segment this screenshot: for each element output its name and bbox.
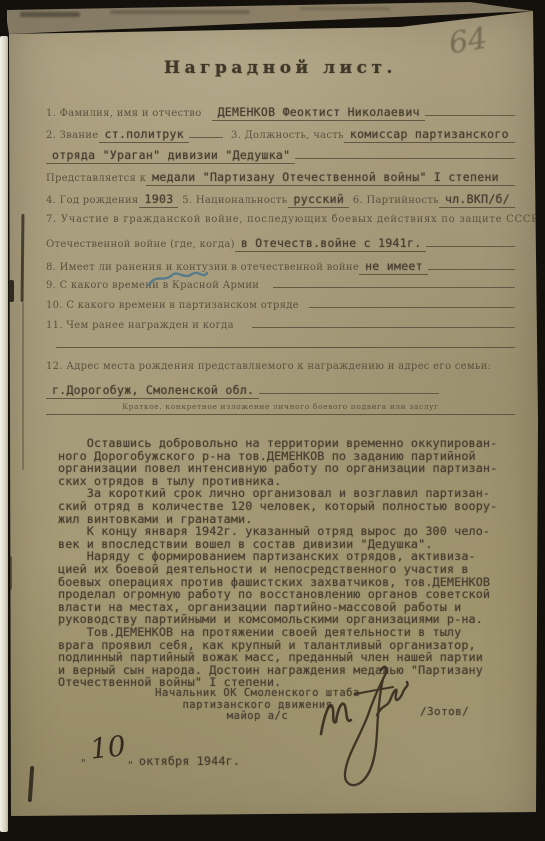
field-label: 6. Партийность bbox=[353, 195, 439, 206]
field-row-wounds: 8. Имеет ли ранения и контузии в отечест… bbox=[46, 259, 515, 275]
citation-text: Оставшись добровольно на территории врем… bbox=[58, 437, 533, 689]
field-label: Отечественной войне (где, когда) bbox=[46, 239, 235, 250]
blank-line bbox=[426, 246, 515, 247]
field-row-address-value: г.Дорогобуж, Смоленской обл. bbox=[46, 383, 515, 399]
blank-line bbox=[273, 287, 515, 288]
field-label: 3. Должность, часть bbox=[231, 130, 344, 141]
field-value-address: г.Дорогобуж, Смоленской обл. bbox=[46, 383, 259, 399]
page-number-pencil: 64 bbox=[446, 21, 489, 62]
field-label: 7. Участие в гражданской войне, последую… bbox=[46, 214, 545, 225]
blank-line bbox=[295, 158, 515, 159]
smudge-mark bbox=[20, 12, 80, 17]
award-sheet-paper: 64 Наградной лист. 1. Фамилия, имя и отч… bbox=[0, 0, 545, 841]
field-value-birth-year: 1903 bbox=[139, 192, 179, 208]
blank-line bbox=[252, 327, 515, 328]
field-label: 11. Чем ранее награжден и когда bbox=[46, 320, 234, 331]
field-value-position-cont: отряда "Ураган" дивизии "Дедушка" bbox=[46, 148, 295, 164]
field-label: Представляется к bbox=[46, 173, 146, 184]
field-value-wounds: не имеет bbox=[359, 259, 428, 275]
date-open-quote: " bbox=[80, 757, 87, 770]
document-photo: 64 Наградной лист. 1. Фамилия, имя и отч… bbox=[0, 0, 545, 841]
date-close-quote: " bbox=[127, 759, 134, 772]
photo-background: { "photo": { "corner_number": "64" }, "t… bbox=[0, 0, 545, 841]
smudge-mark bbox=[110, 10, 250, 14]
binding-mark bbox=[21, 214, 25, 302]
field-row-red-army-since: 9. С какого времени в Красной Армии bbox=[46, 280, 515, 291]
blank-line bbox=[189, 137, 223, 138]
field-row-partisan-since: 10. С какого времени в партизанском отря… bbox=[46, 300, 515, 311]
field-label: 2. Звание bbox=[46, 130, 99, 141]
smudge-mark bbox=[300, 7, 390, 10]
blank-line bbox=[425, 115, 515, 116]
album-page-edge bbox=[0, 36, 8, 832]
edge-stain bbox=[28, 766, 35, 802]
blank-line bbox=[428, 269, 515, 270]
field-row-position-cont: отряда "Ураган" дивизии "Дедушка" bbox=[46, 148, 515, 164]
field-value-position: комиссар партизанского bbox=[344, 127, 515, 143]
field-row-birth-nationality-party: 4. Год рождения 1903 5. Национальность р… bbox=[46, 192, 515, 208]
field-value-award: медали "Партизану Отечественной войны" I… bbox=[146, 170, 515, 186]
field-label: 12. Адрес места рождения представляемого… bbox=[46, 361, 491, 372]
document-title: Наградной лист. bbox=[46, 58, 515, 78]
blank-line bbox=[259, 393, 439, 394]
section-rule bbox=[46, 414, 515, 415]
date-month-year: октября 1944г. bbox=[139, 754, 240, 768]
field-value-name: ДЕМЕНКОВ Феоктист Николаевич bbox=[212, 105, 425, 121]
field-label: 10. С какого времени в партизанском отря… bbox=[46, 300, 299, 311]
field-row-address: 12. Адрес места рождения представляемого… bbox=[46, 361, 515, 372]
field-row-presented: Представляется к медали "Партизану Отече… bbox=[46, 170, 515, 186]
field-label: 5. Национальность bbox=[182, 195, 287, 206]
blue-pencil-mark bbox=[146, 270, 210, 290]
field-value-party: чл.ВКП/б/ bbox=[439, 192, 515, 208]
field-row-name: 1. Фамилия, имя и отчество ДЕМЕНКОВ Феок… bbox=[46, 105, 515, 121]
field-label: 1. Фамилия, имя и отчество bbox=[46, 108, 202, 119]
field-row-war-participation-cont: Отечественной войне (где, когда) в Отече… bbox=[46, 236, 515, 252]
summary-caption: Краткое, конкретное изложение личного бо… bbox=[46, 402, 515, 411]
blank-line bbox=[309, 307, 515, 308]
field-row-war-participation: 7. Участие в гражданской войне, последую… bbox=[46, 214, 515, 225]
blank-line bbox=[56, 347, 515, 348]
field-value-rank: ст.политрук bbox=[99, 127, 189, 143]
field-value-war: в Отечеств.войне с 1941г. bbox=[235, 236, 427, 252]
binding-mark bbox=[22, 302, 24, 470]
field-row-rank-position: 2. Звание ст.политрук 3. Должность, част… bbox=[46, 127, 515, 143]
field-value-nationality: русский bbox=[288, 192, 350, 208]
date-day-handwritten: 10 bbox=[88, 729, 127, 766]
field-label: 4. Год рождения bbox=[46, 195, 139, 206]
edge-stain bbox=[9, 280, 14, 302]
handwritten-signature bbox=[295, 658, 430, 798]
field-row-previous-awards: 11. Чем ранее награжден и когда bbox=[46, 320, 515, 331]
